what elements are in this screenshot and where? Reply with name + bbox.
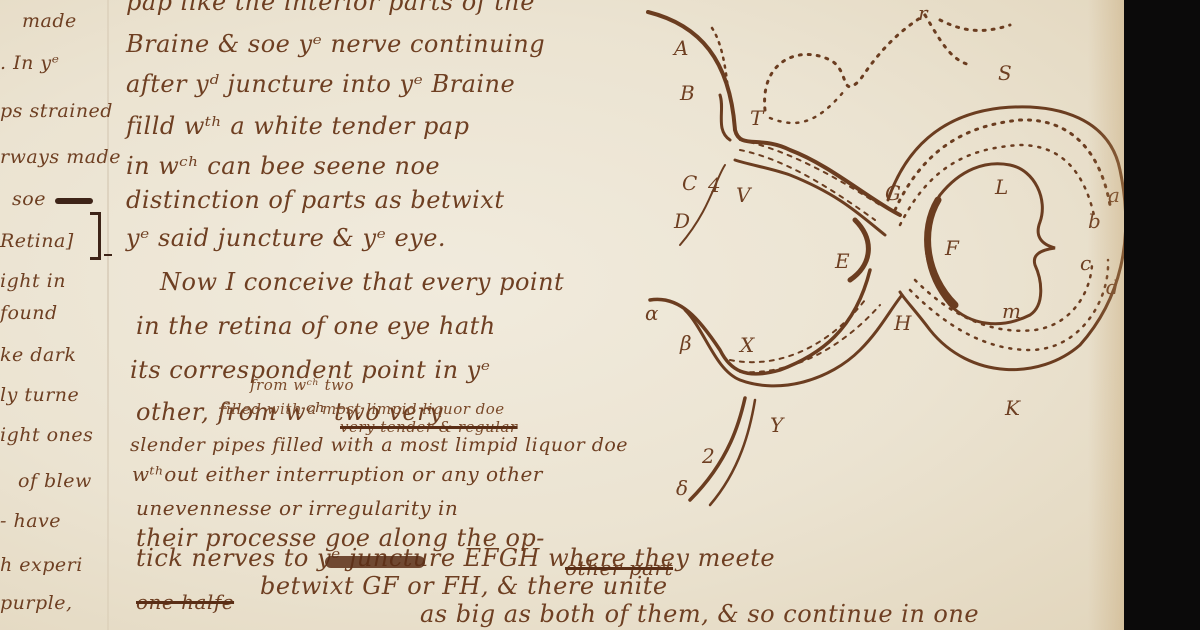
label-Y: Y: [770, 413, 785, 437]
text-line: unevennesse or irregularity in: [136, 496, 458, 520]
left-line: soe: [12, 188, 46, 210]
label-H: H: [893, 311, 912, 335]
text-line: in wᶜʰ can bee seene noe: [126, 152, 440, 180]
text-line: pap like the interior parts of the: [126, 0, 535, 16]
label-beta: β: [679, 331, 692, 355]
label-B: B: [679, 81, 695, 105]
label-m: m: [1002, 299, 1021, 323]
left-line: ps strained: [0, 100, 113, 122]
label-E: E: [834, 249, 850, 273]
struck-word: other part: [565, 556, 673, 580]
label-G: G: [885, 181, 901, 205]
text-line: distinction of parts as betwixt: [126, 186, 505, 214]
text-line: wᵗʰout either interruption or any other: [132, 462, 543, 486]
label-S: S: [998, 61, 1012, 85]
label-K: K: [1004, 396, 1021, 420]
interlinear-insertion: from wᶜʰ two: [250, 376, 354, 394]
interlinear-insertion: filled with a most limpid liquor doe: [220, 400, 505, 418]
label-X: X: [738, 333, 755, 357]
book-binding-background: [1124, 0, 1200, 630]
left-line: rways made: [0, 146, 121, 168]
text-line: after yᵈ juncture into yᵉ Braine: [126, 70, 515, 98]
text-line: filld wᵗʰ a white tender pap: [126, 112, 469, 140]
left-line: made: [22, 10, 77, 32]
label-alpha: α: [645, 301, 659, 325]
label-T: T: [750, 106, 765, 130]
manuscript-page: made . In yᵉ ps strained rways made soe …: [0, 0, 1124, 630]
left-line: ight ones: [0, 424, 93, 446]
left-line: ke dark: [0, 344, 76, 366]
label-2: 2: [701, 444, 715, 468]
text-line: slender pipes filled with a most limpid …: [130, 434, 628, 456]
text-line: Now I conceive that every point: [160, 268, 564, 296]
left-line: found: [0, 302, 58, 324]
text-line: in the retina of one eye hath: [136, 312, 496, 340]
ink-blot-strike: [55, 198, 93, 204]
optic-chiasm-diagram: A B T C 4 V D G L a b c d E F H m α β X …: [640, 0, 1124, 520]
label-L: L: [994, 175, 1008, 199]
label-4: 4: [707, 173, 721, 197]
left-line: ight in: [0, 270, 66, 292]
left-line: Retina]: [0, 230, 74, 252]
text-line: Braine & soe yᵉ nerve continuing: [126, 30, 545, 58]
struck-word: one halfe: [136, 590, 234, 614]
left-line: h experi: [0, 554, 83, 576]
margin-bracket: [90, 212, 101, 260]
left-line: . In yᵉ: [0, 52, 59, 74]
label-A: A: [672, 36, 688, 60]
left-line: purple,: [0, 592, 73, 614]
page-edge-shading: [1088, 0, 1124, 630]
text-line: as big as both of them, & so continue in…: [420, 600, 979, 628]
text-line: yᵉ said juncture & yᵉ eye.: [126, 224, 446, 252]
label-C: C: [682, 171, 697, 195]
left-line: of blew: [18, 470, 92, 492]
label-delta: δ: [676, 476, 688, 500]
column-divider: [107, 0, 109, 630]
margin-dash: [104, 254, 112, 256]
ink-blot-strike: [325, 556, 425, 568]
label-F: F: [944, 236, 960, 260]
text-line: tick nerves to yᵉ juncture EFGH where th…: [136, 544, 775, 572]
label-D: D: [673, 209, 690, 233]
left-line: - have: [0, 510, 61, 532]
label-V: V: [736, 183, 753, 207]
label-r: r: [918, 1, 929, 25]
left-line: ly turne: [0, 384, 79, 406]
